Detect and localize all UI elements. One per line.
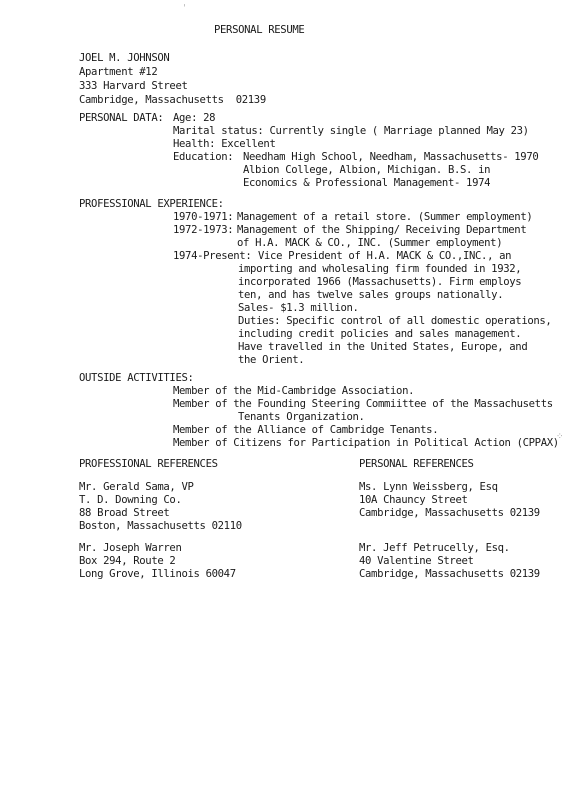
activity-item: Member of Citizens for Participation in … <box>173 436 559 451</box>
address-line: 333 Harvard Street <box>79 79 188 94</box>
experience-line: the Orient. <box>238 353 304 368</box>
section-label: PERSONAL DATA: <box>79 111 163 126</box>
scan-mark: ˌ <box>182 0 187 11</box>
personal-references-label: PERSONAL REFERENCES <box>359 457 474 472</box>
document-title: PERSONAL RESUME <box>214 23 304 38</box>
education-label: Education: <box>173 150 233 165</box>
address-line: Apartment #12 <box>79 65 157 80</box>
reference-line: Cambridge, Massachusetts 02139 <box>359 567 540 582</box>
reference-line: Boston, Massachusetts 02110 <box>79 519 242 534</box>
education-line: Economics & Professional Management- 197… <box>243 176 490 191</box>
applicant-name: JOEL M. JOHNSON <box>79 51 169 66</box>
scan-mark: ⁘ <box>556 430 563 445</box>
reference-line: Cambridge, Massachusetts 02139 <box>359 506 540 521</box>
period: 1972-1973: <box>173 223 233 238</box>
reference-line: Long Grove, Illinois 60047 <box>79 567 236 582</box>
professional-references-label: PROFESSIONAL REFERENCES <box>79 457 218 472</box>
address-line: Cambridge, Massachusetts 02139 <box>79 93 266 108</box>
